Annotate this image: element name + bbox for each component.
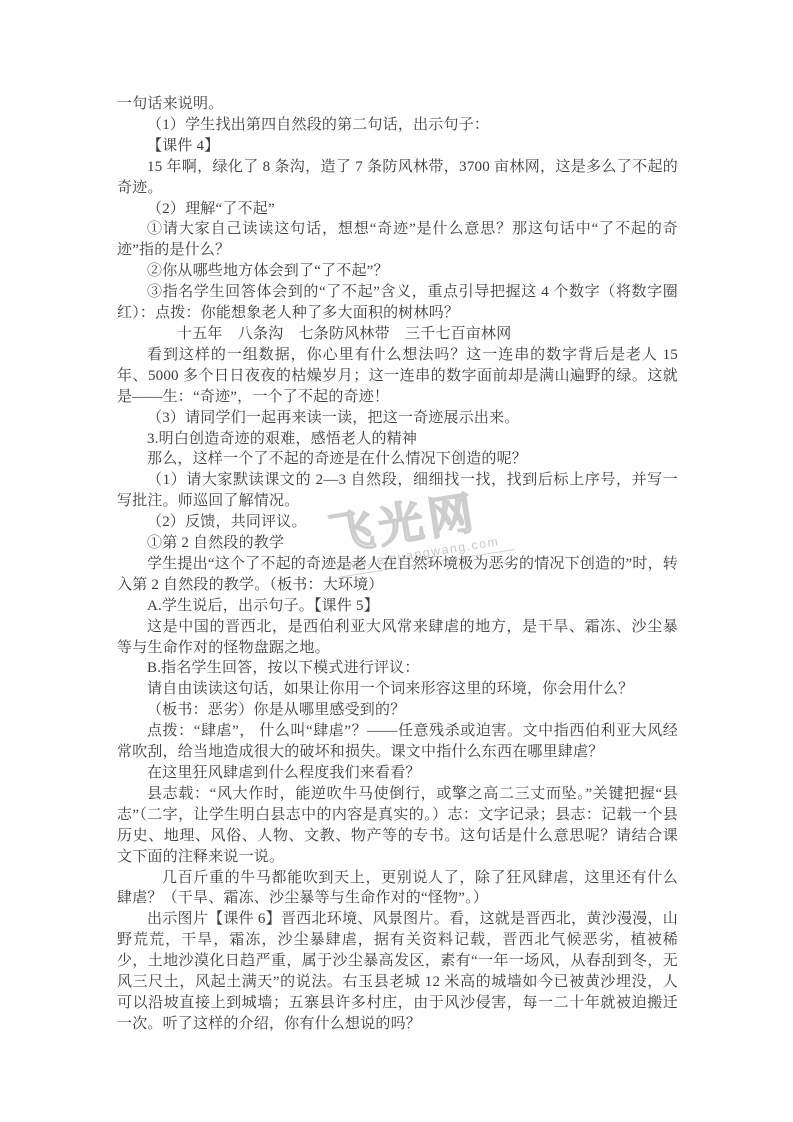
paragraph: 请自由读读这句话，如果让你用一个词来形容这里的环境，你会用什么？ xyxy=(117,679,678,700)
paragraph: （3）请同学们一起再来读一读，把这一奇迹展示出来。 xyxy=(117,408,678,429)
paragraph: ②你从哪些地方体会到了“了不起”？ xyxy=(117,261,678,282)
paragraph: ①请大家自己读读这句话，想想“奇迹”是什么意思？那这句话中“了不起的奇迹”指的是… xyxy=(117,219,678,261)
paragraph: ①第 2 自然段的教学 xyxy=(117,533,678,554)
paragraph: 出示图片【课件 6】晋西北环境、风景图片。看，这就是晋西北，黄沙漫漫，山野荒荒，… xyxy=(117,909,678,1034)
paragraph: （板书：恶劣）你是从哪里感受到的？ xyxy=(117,700,678,721)
paragraph: （1）学生找出第四自然段的第二句话，出示句子： xyxy=(117,115,678,136)
paragraph: 这是中国的晋西北，是西伯利亚大风常来肆虐的地方，是干旱、霜冻、沙尘暴等与生命作对… xyxy=(117,617,678,659)
paragraph: 【课件 4】 xyxy=(117,136,678,157)
paragraph: B.指名学生回答，按以下模式进行评议： xyxy=(117,658,678,679)
paragraph: 县志载：“风大作时，能逆吹牛马使倒行，或擎之高二三丈而坠。”关键把握“县志”（二… xyxy=(117,784,678,868)
lesson-plan-text-block: 一句话来说明。（1）学生找出第四自然段的第二句话，出示句子：【课件 4】15 年… xyxy=(117,94,678,1035)
paragraph: 几百斤重的牛马都能吹到天上，更别说人了，除了狂风肆虐，这里还有什么肆虐？（干旱、… xyxy=(117,868,678,910)
paragraph: 15 年啊，绿化了 8 条沟，造了 7 条防风林带，3700 亩林网，这是多么了… xyxy=(117,157,678,199)
paragraph: 那么，这样一个了不起的奇迹是在什么情况下创造的呢？ xyxy=(117,449,678,470)
paragraph: 点拨：“肆虐”， 什么叫“肆虐”？——任意残杀或迫害。文中指西伯利亚大风经常吹刮… xyxy=(117,721,678,763)
paragraph: （2）理解“了不起” xyxy=(117,199,678,220)
paragraph: A.学生说后，出示句子。【课件 5】 xyxy=(117,596,678,617)
paragraph: ③指名学生回答体会到的“了不起”含义，重点引导把握这 4 个数字（将数字圈红）：… xyxy=(117,282,678,324)
paragraph: 十五年 八条沟 七条防风林带 三千七百亩林网 xyxy=(117,324,678,345)
paragraph: 学生提出“这个了不起的奇迹是老人在自然环境极为恶劣的情况下创造的”时，转入第 2… xyxy=(117,554,678,596)
paragraph: 3.明白创造奇迹的艰难，感悟老人的精神 xyxy=(117,429,678,450)
document-page: 飞光网 www.feiguangwang.com 一句话来说明。（1）学生找出第… xyxy=(0,0,793,1122)
paragraph: （2）反馈，共同评议。 xyxy=(117,512,678,533)
paragraph: 看到这样的一组数据，你心里有什么想法吗？这一连串的数字背后是老人 15 年、50… xyxy=(117,345,678,408)
paragraph: （1）请大家默读课文的 2—3 自然段，细细找一找，找到后标上序号，并写一写批注… xyxy=(117,470,678,512)
paragraph: 一句话来说明。 xyxy=(117,94,678,115)
paragraph: 在这里狂风肆虐到什么程度我们来看看？ xyxy=(117,763,678,784)
